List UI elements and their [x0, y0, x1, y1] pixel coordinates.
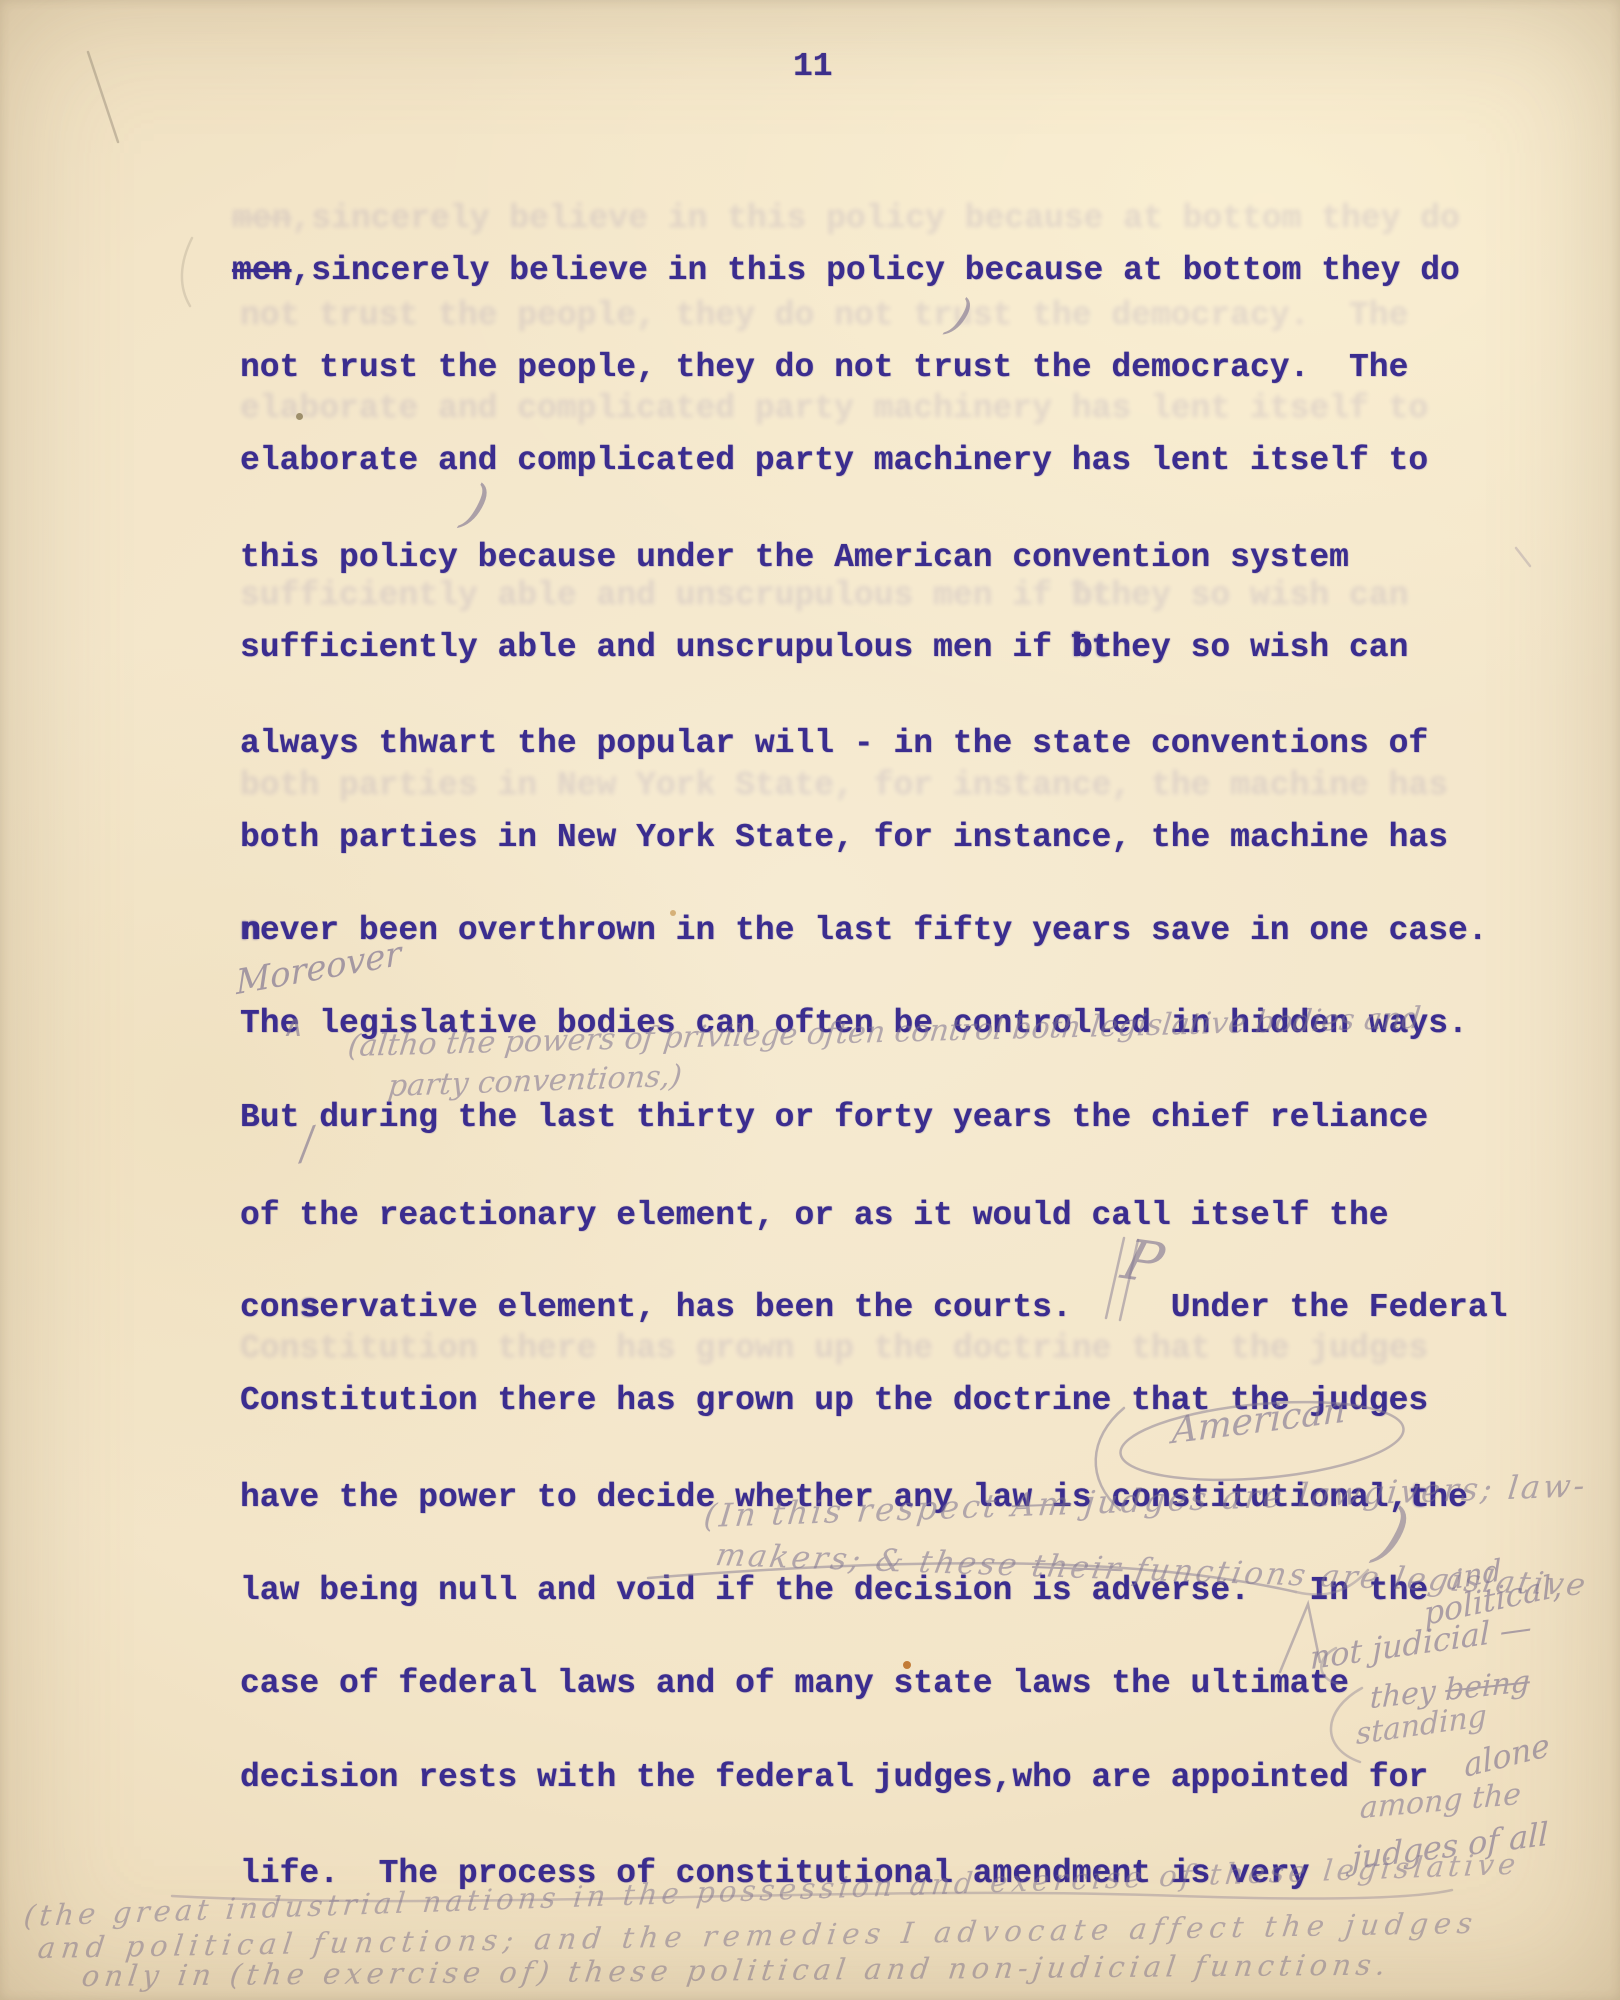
- hand-interline-party-conventions: party conventions,): [386, 1062, 683, 1102]
- hand-paren-after-policy-line4: ): [458, 477, 496, 533]
- hand-caret-moreover: ∧: [281, 1012, 307, 1042]
- page-number: 11: [793, 50, 833, 83]
- typed-line: this policy because under the American c…: [240, 541, 1349, 574]
- typed-line: elaborate and complicated party machiner…: [240, 444, 1428, 477]
- typed-line: always thwart the popular will - in the …: [240, 727, 1428, 760]
- hand-pilcrow-p: P: [1116, 1233, 1169, 1293]
- typed-line: But during the last thirty or forty year…: [240, 1101, 1428, 1134]
- typed-line: Constitution there has grown up the doct…: [240, 1332, 1428, 1365]
- typed-line: case of federal laws and of many state l…: [240, 1667, 1349, 1700]
- paper-speck: [670, 910, 676, 916]
- typed-line: never been overthrown in the last fifty …: [240, 914, 1488, 947]
- typed-line: of the reactionary element, or as it wou…: [240, 1199, 1389, 1232]
- hand-margin-not-judicial: not judicial —: [1310, 1611, 1532, 1674]
- typed-line: elaborate and complicated party machiner…: [240, 392, 1428, 425]
- typed-line: both parties in New York State, for inst…: [240, 769, 1448, 802]
- hand-caret-but: /: [299, 1121, 316, 1166]
- paper-speck: [296, 413, 303, 420]
- hand-margin-alone: alone: [1462, 1729, 1551, 1782]
- typed-line: sufficiently able and unscrupulous men i…: [240, 631, 1408, 664]
- paper-speck: [903, 1661, 911, 1669]
- typed-line: decision rests with the federal judges,w…: [240, 1761, 1428, 1794]
- typed-line: men,sincerely believe in this policy bec…: [232, 254, 1460, 287]
- hand-bottom-line-3: only in (the exercise of) these politica…: [80, 1951, 1392, 1991]
- typed-line: both parties in New York State, for inst…: [240, 821, 1448, 854]
- typed-line: sufficiently able and unscrupulous men i…: [240, 579, 1408, 612]
- manuscript-page: 11 men,sincerely believe in this policy …: [0, 0, 1620, 2000]
- typed-line: conservative element, has been the court…: [240, 1291, 1507, 1324]
- typed-line: men,sincerely believe in this policy bec…: [232, 202, 1460, 235]
- typed-line: not trust the people, they do not trust …: [240, 351, 1408, 384]
- typed-line: not trust the people, they do not trust …: [240, 299, 1408, 332]
